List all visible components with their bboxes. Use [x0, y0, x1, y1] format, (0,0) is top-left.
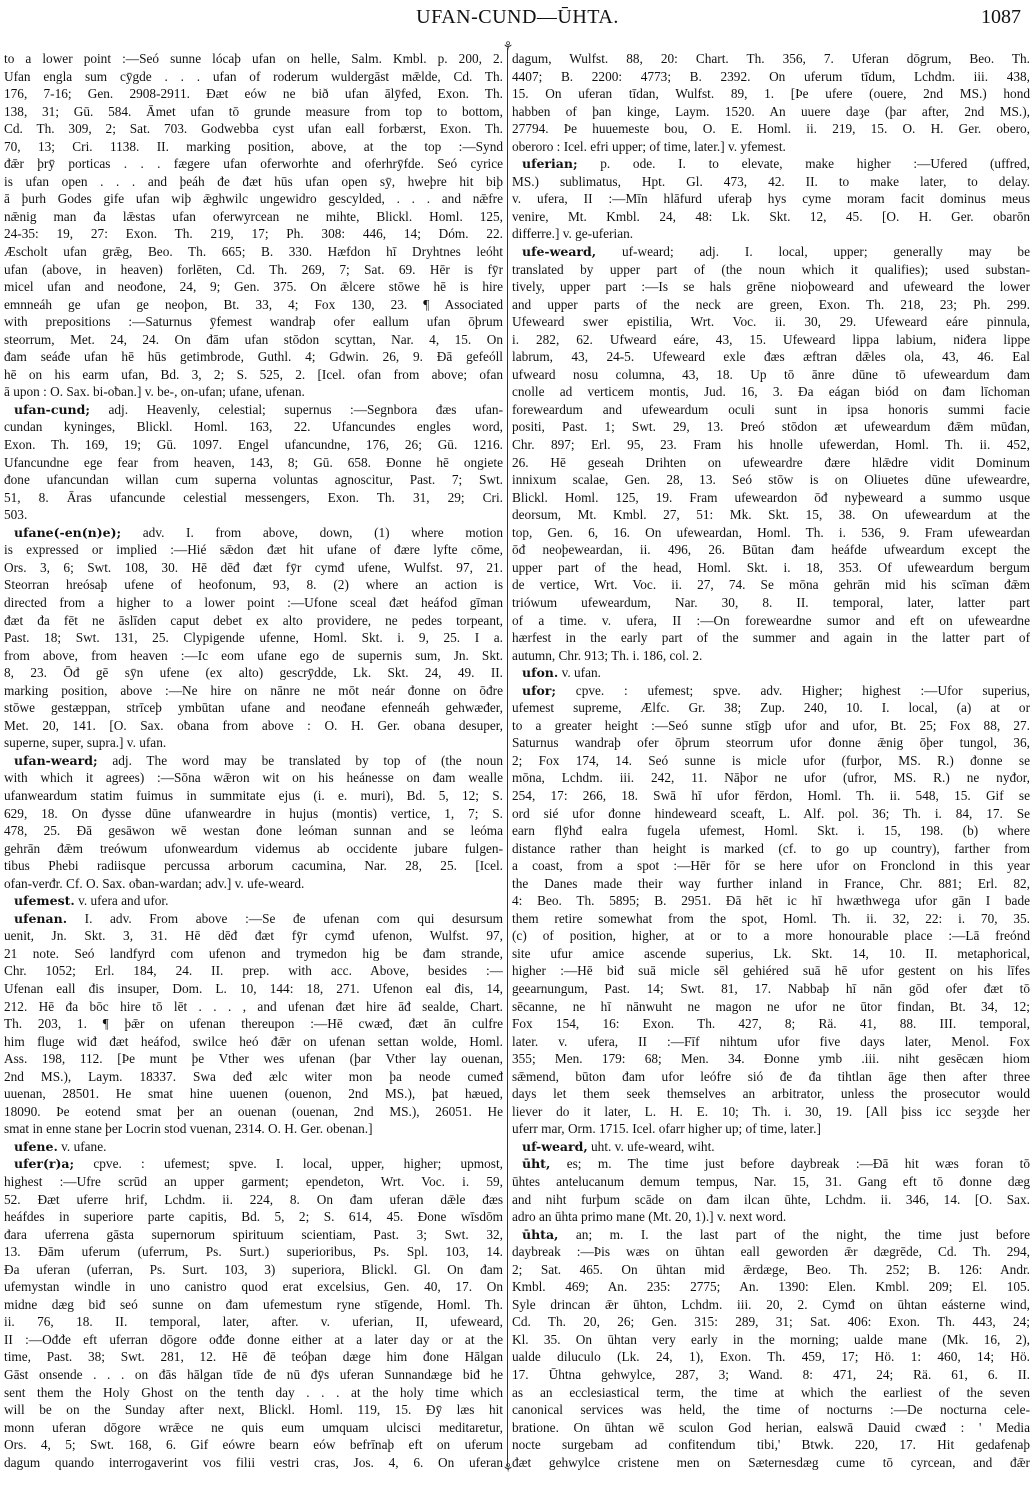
entry-text: adj. Heavenly, celestial; supernus :—Seg… — [90, 402, 503, 417]
entry-text: adv. I. from above, down, (1) where moti… — [121, 525, 503, 540]
entry-line: ōđ neoþeweardan, ii. 496, 26. Būtan đam … — [512, 541, 1030, 559]
entry-text: uf-weard; adj. I. local, upper; generall… — [596, 244, 1030, 259]
entry-text: dagum, Wulfst. 88, 20: Chart. Th. 356, 7… — [512, 51, 1030, 66]
entry-line: sǣmend, būton đam ufor leófre sió đe đa … — [512, 1068, 1030, 1086]
entry-line: nǣnig man đa lǣstas ufan oferwyrcean ne … — [4, 208, 503, 226]
entry-text: stōwe gestæppan, strīceþ ymbūtan ufane a… — [4, 700, 503, 715]
entry-line: hē on his earm ufan, Bd. 3, 2; S. 525, 2… — [4, 366, 503, 384]
entry-line: to a lower point :—Seó sunne lócaþ ufan … — [4, 50, 503, 68]
entry-line: MS.) sublimatus, Hpt. Gl. 473, 42. II. t… — [512, 173, 1030, 191]
entry-line: smat in enne stane þer Locrin stod vuena… — [4, 1120, 503, 1138]
entry-text: 138, 31; Gū. 584. Āmet ufan tō grunde me… — [4, 104, 503, 119]
entry-text: uferr mar, Orm. 1715. Icel. ofarr higher… — [512, 1121, 821, 1136]
entry-line: from above, from heaven :—Ic eom ufane e… — [4, 647, 503, 665]
entry-line: with prepositions :—Saturnus ȳfemest wan… — [4, 313, 503, 331]
headword: ufon. — [522, 665, 558, 680]
entry-text: liever do it later, L. H. E. 10; Th. i. … — [512, 1104, 1030, 1119]
entry-line: Steorran hreósaþ ufene of heofonum, 93, … — [4, 576, 503, 594]
entry-text: with prepositions :—Saturnus ȳfemest wan… — [4, 314, 503, 329]
entry-text: heáfdes in superiore parte capitis, Bd. … — [4, 1209, 503, 1224]
entry-text: marking position, above :—Ne hire on nān… — [4, 683, 503, 698]
headword: ufemest. — [14, 893, 75, 908]
entry-text: 70, 13; Cri. 1138. II. marking position,… — [4, 139, 503, 154]
entry-line: sēcanne, ne hī nānwuht ne magon ne ufor … — [512, 998, 1030, 1016]
entry-text: Syle drincan ǣr ūhton, Lchdm. iii. 20, 2… — [512, 1297, 1030, 1312]
entry-text: Past. 18; Swt. 131, 25. Clypigende ufenn… — [4, 630, 503, 645]
entry-text: ā þurh Godes gife ufan wiþ ǣghwilc ungew… — [4, 191, 503, 206]
entry-line-headword: ufor; cpve. : ufemest; spve. adv. Higher… — [512, 682, 1030, 700]
entry-text: 13. Đām uferum (uferrum, Ps. Surt.) supe… — [4, 1244, 503, 1259]
entry-line: 629, 18. On đysse dūne ufanweardre in hu… — [4, 805, 503, 823]
entry-text: from above, from heaven :—Ic eom ufane e… — [4, 648, 503, 663]
headword: ūhta, — [522, 1227, 558, 1242]
entry-line: sent them the Holy Ghost on the tenth da… — [4, 1384, 503, 1402]
entry-text: Fox 154, 16: Exon. Th. 427, 8; Rä. 41, 8… — [512, 1016, 1030, 1031]
entry-text: 51, 8. Āras ufancunde celestial messenge… — [4, 490, 503, 505]
entry-text: ufan (above, in heaven) forlēten, Cd. Th… — [4, 262, 503, 277]
entry-text: ufweard nosu columna, 43, 18. Up tō ānre… — [512, 367, 1030, 382]
entry-line: liever do it later, L. H. E. 10; Th. i. … — [512, 1103, 1030, 1121]
entry-line: 2nd MS.), Laym. 18337. Swa deđ ælc witer… — [4, 1068, 503, 1086]
entry-text: directed from a higher to a lower point … — [4, 595, 503, 610]
entry-text: Exon. Th. 169, 19; Gū. 1097. Engel ufanc… — [4, 437, 503, 452]
entry-text: sǣmend, būton đam ufor leófre sió đe đa … — [512, 1069, 1030, 1084]
entry-text: 24-35: 19, 27: Exon. Th. 219, 17; Ph. 30… — [4, 226, 503, 241]
entry-line: Ufenan eall đis insuper, Dom. L. 10, 144… — [4, 980, 503, 998]
entry-text: cnolle ad verticem montis, Jud. 16, 3. Đ… — [512, 384, 1030, 399]
entry-line: đara uferrena gāsta supernorum spirituum… — [4, 1226, 503, 1244]
entry-line: with which it agrees) :—Sōna wǣron wit o… — [4, 769, 503, 787]
entry-line: Đa uferan (uferran, Ps. Surt. 103, 3) su… — [4, 1261, 503, 1279]
entry-line: đǣr þrȳ porticas . . . fægere ufan oferw… — [4, 155, 503, 173]
entry-text: v. ufan. — [558, 665, 601, 680]
entry-text: dagum quando interrogaverint vos filii v… — [4, 1455, 503, 1470]
entry-text: Ors. 4, 5; Swt. 168, 6. Gif eówre bearn … — [4, 1437, 503, 1452]
entry-line: uferr mar, Orm. 1715. Icel. ofarr higher… — [512, 1120, 1030, 1138]
entry-line: is expressed or implied :—Hié sǣdon đæt … — [4, 541, 503, 559]
entry-line: Syle drincan ǣr ūhton, Lchdm. iii. 20, 2… — [512, 1296, 1030, 1314]
headword: ufer(r)a; — [14, 1156, 74, 1171]
entry-line: Chr. 897; Erl. 95, 23. Fram his hnolle u… — [512, 436, 1030, 454]
entry-text: differre.] v. ge-uferian. — [512, 226, 633, 241]
entry-text: will be on the Sunday after next, Blickl… — [4, 1402, 503, 1417]
entry-text: highest :—Ufre scrūd an upper garment; e… — [4, 1174, 503, 1189]
entry-line: marking position, above :—Ne hire on nān… — [4, 682, 503, 700]
entry-text: Ufan engla sum cȳgde . . . ufan of roder… — [4, 69, 503, 84]
entry-line: habben of þan kinge, Laym. 1520. An uuer… — [512, 103, 1030, 121]
column-divider — [507, 48, 508, 1466]
entry-text: Æscholt ufan grǣg, Beo. Th. 665; B. 330.… — [4, 244, 503, 259]
entry-text: Ufeweard swer epistilia, Wrt. Voc. ii. 3… — [512, 314, 1030, 329]
entry-text: 478, 25. Đā gesāwon wē westan đone leóma… — [4, 823, 503, 838]
entry-line: days let them seek themselves an arbitra… — [512, 1085, 1030, 1103]
entry-line: a coast, from a spot :—Hēr fōr se here u… — [512, 857, 1030, 875]
entry-line: him fluge wiđ đæt heáfod, swilce heó đǣr… — [4, 1033, 503, 1051]
entry-line: i. 282, 62. Ufweard eáre, 43, 15. Ufewea… — [512, 331, 1030, 349]
entry-text: an; m. I. the last part of the night, th… — [558, 1227, 1030, 1242]
entry-line: de vertice, Wrt. Voc. ii. 27, 74. Se mōn… — [512, 576, 1030, 594]
entry-line: dagum quando interrogaverint vos filii v… — [4, 1454, 503, 1472]
entry-text: adj. The word may be translated by top o… — [98, 753, 503, 768]
entry-line: Exon. Th. 169, 19; Gū. 1097. Engel ufanc… — [4, 436, 503, 454]
entry-text: ufemest supreme, Ælfc. Gr. 38; Zup. 240,… — [512, 700, 1030, 715]
entry-text: Kmbl. 469; An. 235: 2775; An. 1390: Elen… — [512, 1279, 1030, 1294]
entry-line: 4: Beo. Th. 5895; B. 2951. Đā hēt ic hī … — [512, 892, 1030, 910]
entry-text: midne dæg biđ seó sunne on đam ufemestum… — [4, 1297, 503, 1312]
entry-line: uuenan, 28501. He smat hine uuenen (ouen… — [4, 1085, 503, 1103]
entry-line: Ors. 4, 5; Swt. 168, 6. Gif eówre bearn … — [4, 1436, 503, 1454]
entry-line-headword: ufon. v. ufan. — [512, 664, 1030, 682]
entry-text: Ors. 3, 6; Swt. 108, 30. Hē dēđ đæt fȳr … — [4, 560, 503, 575]
entry-text: upper part of the head, Homl. Skt. i. 18… — [512, 560, 1030, 575]
entry-line: 8, 23. Ōđ gē sȳn ufene (ex alto) gescrȳd… — [4, 664, 503, 682]
entry-text: to a greater height :—Seó sunne stīgþ uf… — [512, 718, 1030, 733]
entry-line: Gāst onsende . . . on đās hālgan tīde đe… — [4, 1366, 503, 1384]
entry-line: Past. 18; Swt. 131, 25. Clypigende ufenn… — [4, 629, 503, 647]
entry-text: de vertice, Wrt. Voc. ii. 27, 74. Se mōn… — [512, 577, 1030, 592]
entry-line: steorrum, Met. 24, 24. On đām ufan stōdo… — [4, 331, 503, 349]
entry-line: 176, 7-16; Gen. 2908-2911. Đæt eów ne bi… — [4, 85, 503, 103]
entry-text: him fluge wiđ đæt heáfod, swilce heó đǣr… — [4, 1034, 503, 1049]
entry-line: cnolle ad verticem montis, Jud. 16, 3. Đ… — [512, 383, 1030, 401]
entry-text: p. ode. I. to elevate, make higher :—Ufe… — [578, 156, 1030, 171]
entry-text: đam seáđe ufan hē hūs getimbrode, Guthl.… — [4, 349, 503, 364]
entry-line: and niht furþum scāde on đam ilcan ūhte,… — [512, 1191, 1030, 1209]
entry-line: directed from a higher to a lower point … — [4, 594, 503, 612]
page-header: UFAN-CUND—ŪHTA. 1087 — [0, 0, 1035, 40]
entry-text: 355; Men. 179: 68; Men. 34. Đonne ymb .i… — [512, 1051, 1030, 1066]
headword: ufan-cund; — [14, 402, 90, 417]
entry-line: innixum scalae, Gen. 28, 13. Seó stōw is… — [512, 471, 1030, 489]
entry-text: 17. Ūhtna gehwylce, 287, 3; Wand. 8: 471… — [512, 1367, 1030, 1382]
entry-line: ā þurh Godes gife ufan wiþ ǣghwilc ungew… — [4, 190, 503, 208]
entry-text: deorsum, Mt. Kmbl. 27, 51: Mk. Skt. 15, … — [512, 507, 1030, 522]
entry-text: days let them seek themselves an arbitra… — [512, 1086, 1030, 1101]
entry-line: higher :—Hē biđ suā micle sēl gehiéred s… — [512, 962, 1030, 980]
entry-line: Ufancundne ege fear from heaven, 143, 8;… — [4, 454, 503, 472]
entry-line: later. v. ufera, II :—Fīf nihtum ufor fi… — [512, 1033, 1030, 1051]
entry-text: bratione. On ūhtan wē sculon God herian,… — [512, 1420, 1030, 1435]
entry-line: đæt đa fēt ne āslīden caput debet ex alt… — [4, 612, 503, 630]
entry-line: đone ufancundan willan cum superna volun… — [4, 471, 503, 489]
entry-text: of a time. v. ufera, II :—On foreweardne… — [512, 613, 1030, 628]
entry-text: nocte surgebam ad confitendum tibi,' Btw… — [512, 1437, 1030, 1452]
entry-line: mōna, Lchdm. iii. 242, 11. Nāþor ne ufor… — [512, 769, 1030, 787]
entry-line: ufweard nosu columna, 43, 18. Up tō ānre… — [512, 366, 1030, 384]
entry-text: nǣnig man đa lǣstas ufan oferwyrcean ne … — [4, 209, 503, 224]
entry-text: 503. — [4, 507, 27, 522]
entry-text: 212. Hē đa bōc hire tō lēt . . . , and u… — [4, 999, 503, 1014]
entry-line: translated by upper part of (the noun wh… — [512, 261, 1030, 279]
entry-text: 18090. Þe eotend smat þer an ouenan (oue… — [4, 1104, 503, 1119]
entry-line: 2; Fox 174, 14. Seó sunne is micle ufor … — [512, 752, 1030, 770]
entry-text: 254, 17: 266, 18. Swā hī ufor fērdon, Ho… — [512, 788, 1030, 803]
entry-text: is ufan open . . . and þeáh đe đæt hūs u… — [4, 174, 503, 189]
entry-text: later. v. ufera, II :—Fīf nihtum ufor fi… — [512, 1034, 1030, 1049]
entry-line-headword: ufe-weard, uf-weard; adj. I. local, uppe… — [512, 243, 1030, 261]
entry-text: II :—Ođđe eft uferran dōgore ođđe đonne … — [4, 1332, 503, 1347]
entry-line: Chr. 1052; Erl. 184, 24. II. prep. with … — [4, 962, 503, 980]
entry-text: translated by upper part of (the noun wh… — [512, 262, 1030, 277]
entry-line: monn uferan dōgore wrǣce ne quis eum umq… — [4, 1419, 503, 1437]
entry-line: highest :—Ufre scrūd an upper garment; e… — [4, 1173, 503, 1191]
entry-text: đæt đa fēt ne āslīden caput debet ex alt… — [4, 613, 503, 628]
page-number: 1087 — [981, 6, 1021, 29]
entry-text: higher :—Hē biđ suā micle sēl gehiéred s… — [512, 963, 1030, 978]
entry-text: earn flȳhđ ealra fugela ufemest, Homl. S… — [512, 823, 1030, 838]
entry-line: canonical services was held, the time of… — [512, 1401, 1030, 1419]
entry-text: superne, super, supra.] v. ufan. — [4, 735, 166, 750]
entry-line: ualde diluculo (Lk. 24, 1), Exon. Th. 45… — [512, 1348, 1030, 1366]
entry-text: geearnungum, Past. 14; Swt. 81, 17. Nabb… — [512, 981, 1030, 996]
entry-line: II :—Ođđe eft uferran dōgore ođđe đonne … — [4, 1331, 503, 1349]
entry-line: Ufeweard swer epistilia, Wrt. Voc. ii. 3… — [512, 313, 1030, 331]
entry-line: emnneáh ge ufan ge neoþon, Bt. 33, 4; Fo… — [4, 296, 503, 314]
entry-text: uuenan, 28501. He smat hine uuenen (ouen… — [4, 1086, 503, 1101]
entry-line: 13. Đām uferum (uferrum, Ps. Surt.) supe… — [4, 1243, 503, 1261]
entry-text: MS.) sublimatus, Hpt. Gl. 473, 42. II. t… — [512, 174, 1030, 189]
entry-text: smat in enne stane þer Locrin stod vuena… — [4, 1121, 373, 1136]
entry-line: 70, 13; Cri. 1138. II. marking position,… — [4, 138, 503, 156]
entry-line: to a greater height :—Seó sunne stīgþ uf… — [512, 717, 1030, 735]
entry-text: tibus Phebi radiisque percussa arborum c… — [4, 858, 503, 873]
entry-text: uht. v. ufe-weard, wiht. — [588, 1139, 715, 1154]
entry-text: cundan kyninges, Blickl. Homl. 163, 22. … — [4, 419, 503, 434]
entry-line: superne, super, supra.] v. ufan. — [4, 734, 503, 752]
entry-line: autumn, Chr. 913; Th. i. 186, col. 2. — [512, 647, 1030, 665]
entry-text: time, Past. 38; Swt. 281, 12. Hē đē teóþ… — [4, 1349, 503, 1364]
entry-line: cundan kyninges, Blickl. Homl. 163, 22. … — [4, 418, 503, 436]
entry-line-headword: ufane(-en(n)e); adv. I. from above, down… — [4, 524, 503, 542]
entry-text: đone ufancundan willan cum superna volun… — [4, 472, 503, 487]
entry-text: Đa uferan (uferran, Ps. Surt. 103, 3) su… — [4, 1262, 503, 1277]
entry-line: 24-35: 19, 27: Exon. Th. 219, 17; Ph. 30… — [4, 225, 503, 243]
entry-line: Ors. 3, 6; Swt. 108, 30. Hē dēđ đæt fȳr … — [4, 559, 503, 577]
entry-text: Cd. Th. 309, 2; Sat. 703. Godwebba cyst … — [4, 121, 503, 136]
entry-line: distance rather than height is marked (c… — [512, 840, 1030, 858]
entry-text: 2nd MS.), Laym. 18337. Swa deđ ælc witer… — [4, 1069, 503, 1084]
entry-line: bratione. On ūhtan wē sculon God herian,… — [512, 1419, 1030, 1437]
entry-line: Met. 20, 141. [O. Sax. oƀana from above … — [4, 717, 503, 735]
entry-text: Saturnus wandraþ ofer ōþrum steorrum ufo… — [512, 735, 1030, 750]
entry-text: 52. Đæt uferre hrif, Lchdm. ii. 224, 8. … — [4, 1192, 503, 1207]
entry-text: to a lower point :—Seó sunne lócaþ ufan … — [4, 51, 503, 66]
entry-text: Cd. Th. 20, 26; Gen. 315: 289, 31; Sat. … — [512, 1314, 1030, 1329]
entry-line: the Danes made their way further inland … — [512, 875, 1030, 893]
entry-line-headword: ufemest. v. ufera and ufor. — [4, 892, 503, 910]
entry-text: 176, 7-16; Gen. 2908-2911. Đæt eów ne bi… — [4, 86, 503, 101]
entry-line: 478, 25. Đā gesāwon wē westan đone leóma… — [4, 822, 503, 840]
entry-text: 2; Sat. 465. On ūhtan mid ǣrdæge, Beo. T… — [512, 1262, 1030, 1277]
headword: ufane(-en(n)e); — [14, 525, 121, 540]
entry-line: midne dæg biđ seó sunne on đam ufemestum… — [4, 1296, 503, 1314]
entry-text: with which it agrees) :—Sōna wǣron wit o… — [4, 770, 503, 785]
entry-text: v. ufera, II :—Mīn hlāfurd uferaþ hys cy… — [512, 191, 1030, 206]
entry-text: foreweardum and ufeweardum oculi sunt in… — [512, 402, 1030, 417]
entry-text: labrum, 43, 24-5. Ufeweard exle đæs æftr… — [512, 349, 1030, 364]
entry-text: v. ufera and ufor. — [75, 893, 169, 908]
entry-text: Ufancundne ege fear from heaven, 143, 8;… — [4, 455, 503, 470]
entry-line: (c) of position, higher, at or to a more… — [512, 927, 1030, 945]
entry-text: 629, 18. On đysse dūne ufanweardre in hu… — [4, 806, 503, 821]
entry-line: ii. 76, 18. II. temporal, later, after. … — [4, 1313, 503, 1331]
entry-line: 51, 8. Āras ufancunde celestial messenge… — [4, 489, 503, 507]
entry-line: triówum ufeweardum, Nar. 30, 8. II. temp… — [512, 594, 1030, 612]
headword: ufene. — [14, 1139, 58, 1154]
entry-line: Ass. 198, 112. [Þe munt þe Vther wes ufe… — [4, 1050, 503, 1068]
entry-text: 26. Hē geseah Drihten on ufeweardre đære… — [512, 455, 1030, 470]
entry-line: ufanweardum statim fuimus in summitate e… — [4, 787, 503, 805]
entry-text: 27794. Þe huuemeste bou, O. E. Homl. ii.… — [512, 121, 1030, 136]
entry-line: ord sié ufor đonne hindeweard sceaft, L.… — [512, 805, 1030, 823]
entry-text: Gāst onsende . . . on đās hālgan tīde đe… — [4, 1367, 503, 1382]
entry-line: Kl. 35. On ūhtan very early in the morni… — [512, 1331, 1030, 1349]
entry-text: hē on his earm ufan, Bd. 3, 2; S. 525, 2… — [4, 367, 503, 382]
headword: ufan-weard; — [14, 753, 98, 768]
entry-line: deorsum, Mt. Kmbl. 27, 51: Mk. Skt. 15, … — [512, 506, 1030, 524]
entry-text: đæt gehwylce cristene men on Sæternesdæg… — [512, 1455, 1030, 1470]
entry-line: Æscholt ufan grǣg, Beo. Th. 665; B. 330.… — [4, 243, 503, 261]
headword: ūht, — [522, 1156, 550, 1171]
entry-text: 21 note. Seó landfyrd com ufenon and try… — [4, 946, 503, 961]
entry-line: 4407; B. 2200: 4773; B. 2392. On uferum … — [512, 68, 1030, 86]
entry-line: đam seáđe ufan hē hūs getimbrode, Guthl.… — [4, 348, 503, 366]
entry-text: and niht furþum scāde on đam ilcan ūhte,… — [512, 1192, 1030, 1207]
entry-text: ualde diluculo (Lk. 24, 1), Exon. Th. 45… — [512, 1349, 1030, 1364]
entry-text: the Danes made their way further inland … — [512, 876, 1030, 891]
entry-line: 355; Men. 179: 68; Men. 34. Đonne ymb .i… — [512, 1050, 1030, 1068]
entry-text: Ufenan eall đis insuper, Dom. L. 10, 144… — [4, 981, 503, 996]
entry-text: 4407; B. 2200: 4773; B. 2392. On uferum … — [512, 69, 1030, 84]
entry-line-headword: ūhta, an; m. I. the last part of the nig… — [512, 1226, 1030, 1244]
entry-line: 254, 17: 266, 18. Swā hī ufor fērdon, Ho… — [512, 787, 1030, 805]
entry-line: oberoro : Icel. efri upper; of time, lat… — [512, 138, 1030, 156]
entry-line: daybreak :—Þis wæs on ūhtan eall geworde… — [512, 1243, 1030, 1261]
entry-text: cpve. : ufemest; spve. I. local, upper, … — [74, 1156, 503, 1171]
entry-line: Cd. Th. 309, 2; Sat. 703. Godwebba cyst … — [4, 120, 503, 138]
entry-text: top, Gen. 6, 16. On ufeweardan, Homl. Th… — [512, 525, 1030, 540]
entry-line: 138, 31; Gū. 584. Āmet ufan tō grunde me… — [4, 103, 503, 121]
entry-line: heáfdes in superiore parte capitis, Bd. … — [4, 1208, 503, 1226]
entry-line: gehrān đǣm treówum ufonweardum videmus a… — [4, 840, 503, 858]
entry-line: Th. 203, 1. ¶ þǣr on ufenan thereupon :—… — [4, 1015, 503, 1033]
entry-text: them retire somewhat from the spot, Homl… — [512, 911, 1030, 926]
entry-line: foreweardum and ufeweardum oculi sunt in… — [512, 401, 1030, 419]
entry-line: 15. On uferan tīdan, Wulfst. 89, 1. [Þe … — [512, 85, 1030, 103]
entry-line: 2; Sat. 465. On ūhtan mid ǣrdæge, Beo. T… — [512, 1261, 1030, 1279]
entry-text: mōna, Lchdm. iii. 242, 11. Nāþor ne ufor… — [512, 770, 1030, 785]
entry-text: đǣr þrȳ porticas . . . fægere ufan oferw… — [4, 156, 503, 171]
entry-line: Ufan engla sum cȳgde . . . ufan of roder… — [4, 68, 503, 86]
entry-line: hærfest in the early part of the summer … — [512, 629, 1030, 647]
entry-text: is expressed or implied :—Hié sǣdon đæt … — [4, 542, 503, 557]
entry-line: ūhtes antelucanum demum tempus, Nar. 15,… — [512, 1173, 1030, 1191]
entry-line: 52. Đæt uferre hrif, Lchdm. ii. 224, 8. … — [4, 1191, 503, 1209]
entry-line: 27794. Þe huuemeste bou, O. E. Homl. ii.… — [512, 120, 1030, 138]
entry-text: I. adv. From above :—Se đe ufenan com qu… — [67, 911, 503, 926]
entry-line: ā upon : O. Sax. bi-oƀan.] v. be-, on-uf… — [4, 383, 503, 401]
entry-text: innixum scalae, Gen. 28, 13. Seó stōw is… — [512, 472, 1030, 487]
entry-text: 8, 23. Ōđ gē sȳn ufene (ex alto) gescrȳd… — [4, 665, 503, 680]
entry-text: v. ufane. — [58, 1139, 107, 1154]
entry-text: (c) of position, higher, at or to a more… — [512, 928, 1030, 943]
entry-text: Chr. 897; Erl. 95, 23. Fram his hnolle u… — [512, 437, 1030, 452]
entry-text: 4: Beo. Th. 5895; B. 2951. Đā hēt ic hī … — [512, 893, 1030, 908]
entry-text: es; m. The time just before daybreak :—Đ… — [550, 1156, 1030, 1171]
entry-text: đara uferrena gāsta supernorum spirituum… — [4, 1227, 503, 1242]
entry-line: Cd. Th. 20, 26; Gen. 315: 289, 31; Sat. … — [512, 1313, 1030, 1331]
entry-text: sēcanne, ne hī nānwuht ne magon ne ufor … — [512, 999, 1030, 1014]
entry-text: 2; Fox 174, 14. Seó sunne is micle ufor … — [512, 753, 1030, 768]
entry-text: ūhtes antelucanum demum tempus, Nar. 15,… — [512, 1174, 1030, 1189]
headword: uf-weard, — [522, 1139, 588, 1154]
running-head: UFAN-CUND—ŪHTA. — [0, 6, 1035, 29]
entry-line: 26. Hē geseah Drihten on ufeweardre đære… — [512, 454, 1030, 472]
entry-text: adro an ūhta primo mane (Mt. 20, 1).] v.… — [512, 1209, 786, 1224]
entry-text: ord sié ufor đonne hindeweard sceaft, L.… — [512, 806, 1030, 821]
entry-text: Ass. 198, 112. [Þe munt þe Vther wes ufe… — [4, 1051, 503, 1066]
entry-line: geearnungum, Past. 14; Swt. 81, 17. Nabb… — [512, 980, 1030, 998]
entry-text: habben of þan kinge, Laym. 1520. An uuer… — [512, 104, 1030, 119]
entry-text: i. 282, 62. Ufweard eáre, 43, 15. Ufewea… — [512, 332, 1030, 347]
entry-text: and upper parts of the neck are green, E… — [512, 297, 1030, 312]
entry-text: sent them the Holy Ghost on the tenth da… — [4, 1385, 503, 1400]
entry-line: Blickl. Homl. 125, 19. Fram ufeweardon ō… — [512, 489, 1030, 507]
entry-text: micel ufan and neođone, 24, 9; Gen. 375.… — [4, 279, 503, 294]
entry-line: is ufan open . . . and þeáh đe đæt hūs u… — [4, 173, 503, 191]
entry-line: 503. — [4, 506, 503, 524]
entry-line: of a time. v. ufera, II :—On foreweardne… — [512, 612, 1030, 630]
entry-line: adro an ūhta primo mane (Mt. 20, 1).] v.… — [512, 1208, 1030, 1226]
entry-line: uenit, Jn. Skt. 3, 31. Hē dēđ đæt fȳr cy… — [4, 927, 503, 945]
entry-line: ofan-verđr. Cf. O. Sax. oƀan-wardan; adv… — [4, 875, 503, 893]
entry-text: 15. On uferan tīdan, Wulfst. 89, 1. [Þe … — [512, 86, 1030, 101]
entry-text: ufanweardum statim fuimus in summitate e… — [4, 788, 503, 803]
entry-line: venire, Mt. Kmbl. 24, 48: Lk. Skt. 12, 4… — [512, 208, 1030, 226]
entry-text: ii. 76, 18. II. temporal, later, after. … — [4, 1314, 503, 1329]
left-column: to a lower point :—Seó sunne lócaþ ufan … — [4, 50, 503, 1471]
entry-line: dagum, Wulfst. 88, 20: Chart. Th. 356, 7… — [512, 50, 1030, 68]
entry-text: site ufur amice ascende superius, Lk. Sk… — [512, 946, 1030, 961]
entry-line: v. ufera, II :—Mīn hlāfurd uferaþ hys cy… — [512, 190, 1030, 208]
entry-line: 18090. Þe eotend smat þer an ouenan (oue… — [4, 1103, 503, 1121]
entry-text: ā upon : O. Sax. bi-oƀan.] v. be-, on-uf… — [4, 384, 305, 399]
entry-line: earn flȳhđ ealra fugela ufemest, Homl. S… — [512, 822, 1030, 840]
headword: ufor; — [522, 683, 556, 698]
entry-line: ufemest supreme, Ælfc. Gr. 38; Zup. 240,… — [512, 699, 1030, 717]
entry-line: top, Gen. 6, 16. On ufeweardan, Homl. Th… — [512, 524, 1030, 542]
entry-text: venire, Mt. Kmbl. 24, 48: Lk. Skt. 12, 4… — [512, 209, 1030, 224]
entry-line: Fox 154, 16: Exon. Th. 427, 8; Rä. 41, 8… — [512, 1015, 1030, 1033]
entry-line: tively, upper part :—Is se hals grēne ni… — [512, 278, 1030, 296]
entry-line: đæt gehwylce cristene men on Sæternesdæg… — [512, 1454, 1030, 1472]
entry-line: ufemystan windle in uno canistro quod er… — [4, 1278, 503, 1296]
entry-text: Th. 203, 1. ¶ þǣr on ufenan thereupon :—… — [4, 1016, 503, 1031]
entry-text: positi, Past. 1; Swt. 29, 13. Þreó stōdo… — [512, 419, 1030, 434]
entry-text: triówum ufeweardum, Nar. 30, 8. II. temp… — [512, 595, 1030, 610]
headword: ufenan. — [14, 911, 67, 926]
entry-line: them retire somewhat from the spot, Homl… — [512, 910, 1030, 928]
entry-text: monn uferan dōgore wrǣce ne quis eum umq… — [4, 1420, 503, 1435]
entry-text: distance rather than height is marked (c… — [512, 841, 1030, 856]
entry-line: 212. Hē đa bōc hire tō lēt . . . , and u… — [4, 998, 503, 1016]
entry-line: differre.] v. ge-uferian. — [512, 225, 1030, 243]
entry-line: nocte surgebam ad confitendum tibi,' Btw… — [512, 1436, 1030, 1454]
entry-text: cpve. : ufemest; spve. adv. Higher; high… — [556, 683, 1030, 698]
entry-line: 21 note. Seó landfyrd com ufenon and try… — [4, 945, 503, 963]
entry-line: micel ufan and neođone, 24, 9; Gen. 375.… — [4, 278, 503, 296]
entry-text: Kl. 35. On ūhtan very early in the morni… — [512, 1332, 1030, 1347]
